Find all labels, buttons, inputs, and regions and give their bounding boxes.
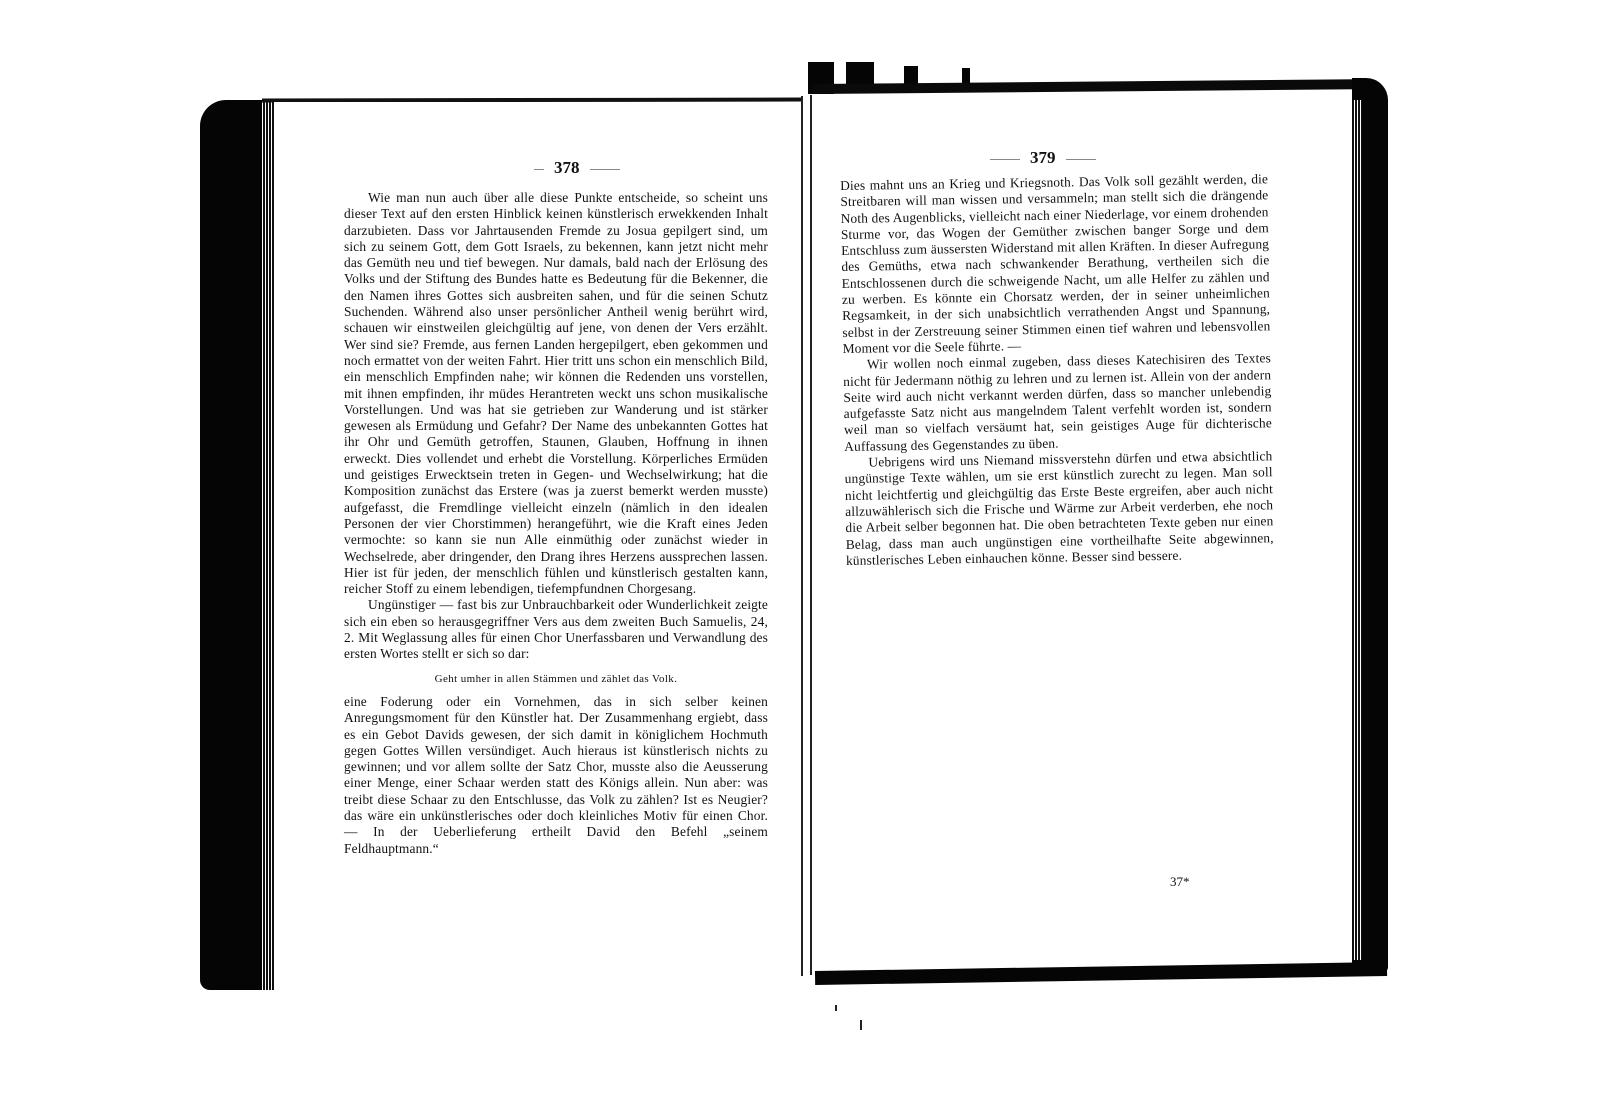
gutter-line (801, 96, 803, 976)
scan-speck (860, 1020, 862, 1030)
page-number-text: 378 (554, 158, 580, 177)
page-number-right: 379 (980, 148, 1106, 168)
left-page: 378 Wie man nun auch über alle diese Pun… (274, 102, 802, 992)
paragraph: Ungünstiger — fast bis zur Unbrauchbarke… (344, 597, 768, 662)
right-page-body: Dies mahnt uns an Krieg und Kriegsnoth. … (840, 171, 1274, 569)
quoted-verse: Geht umher in allen Stämmen und zählet d… (344, 671, 768, 687)
right-page: 379 Dies mahnt uns an Krieg und Kriegsno… (812, 94, 1352, 964)
book-spread: 378 Wie man nun auch über alle diese Pun… (0, 0, 1600, 1098)
left-page-body: Wie man nun auch über alle diese Punkte … (344, 190, 768, 857)
paragraph: Wir wollen noch einmal zugeben, dass die… (843, 351, 1272, 455)
paragraph: Dies mahnt uns an Krieg und Kriegsnoth. … (840, 171, 1271, 357)
signature-mark: 37* (1170, 874, 1190, 890)
scan-speck (835, 1005, 837, 1011)
right-page-edge-lines (1352, 100, 1362, 960)
paragraph: Wie man nun auch über alle diese Punkte … (344, 190, 768, 597)
page-number-text: 379 (1030, 148, 1056, 167)
right-page-bottom-edge (815, 962, 1387, 985)
paragraph-continuation: eine Foderung oder ein Vornehmen, das in… (344, 694, 768, 857)
paragraph: Uebrigens wird uns Niemand missverstehn … (844, 448, 1274, 569)
page-number-left: 378 (524, 158, 630, 178)
left-page-edge-lines (262, 100, 274, 990)
